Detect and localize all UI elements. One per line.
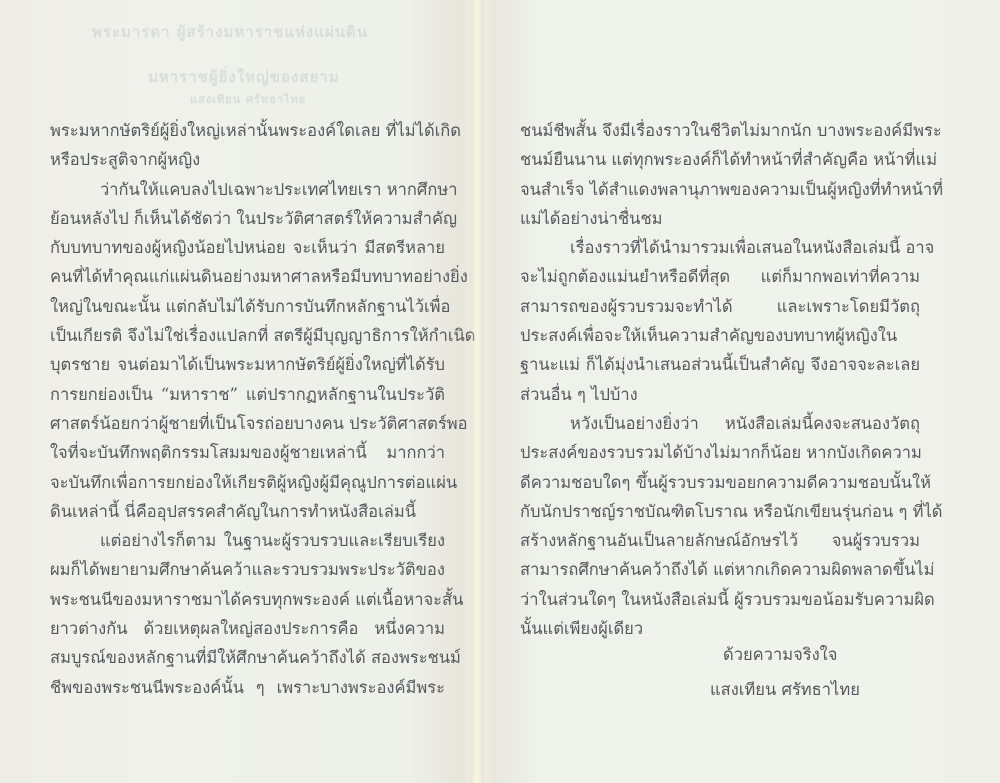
text-line: เรื่องราวที่ได้นำมารวมเพื่อเสนอในหนังสือ… [520,233,920,262]
text-line: ชีพของพระชนนีพระองค์นั้น ๆ เพราะบางพระอง… [50,673,445,702]
text-line: ใหญ่ในขณะนั้น แต่กลับไม่ได้รับการบันทึกห… [50,292,445,321]
text-line: พระชนนีของมหาราชมาได้ครบทุกพระองค์ แต่เน… [50,585,445,614]
text-line: ส่วนอื่น ๆ ไปบ้าง [520,380,920,409]
text-line: ผมก็ได้พยายามศึกษาค้นคว้าและรวบรวมพระประ… [50,555,445,584]
right-page: ชนม์ชีพสั้น จึงมีเรื่องราวในชีวิตไม่มากน… [478,0,1000,783]
text-line: กับนักปราชญ์ราชบัณฑิตโบราณ หรือนักเขียนร… [520,497,920,526]
text-line: หรือประสูติจากผู้หญิง [50,145,445,174]
text-line: จะไม่ถูกต้องแม่นยำหรือดีที่สุด แต่ก็มากพ… [520,262,920,291]
text-line: ว่าในส่วนใดๆ ในหนังสือเล่มนี้ ผู้รวบรวมข… [520,585,920,614]
closing-line: ด้วยความจริงใจ [723,642,837,668]
left-page-body: พระมหากษัตริย์ผู้ยิ่งใหญ่เหล่านั้นพระองค… [50,116,445,702]
text-line: ฐานะแม่ ก็ได้มุ่งนำเสนอส่วนนี้เป็นสำคัญ … [520,350,920,379]
text-line: นั้นแต่เพียงผู้เดียว [520,614,920,643]
right-page-body: ชนม์ชีพสั้น จึงมีเรื่องราวในชีวิตไม่มากน… [520,116,920,643]
text-line: ดินเหล่านี้ นี่คืออุปสรรคสำคัญในการทำหนั… [50,497,445,526]
left-page: พระมารดา ผู้สร้างมหาราชแห่งแผ่นดิน มหารา… [0,0,478,783]
text-line: ประสงค์ของรวบรวมได้บ้างไม่มากก็น้อย หากบ… [520,438,920,467]
text-line: ย้อนหลังไป ก็เห็นได้ชัดว่า ในประวัติศาสต… [50,204,445,233]
text-line: สมบูรณ์ของหลักฐานที่มีให้ศึกษาค้นคว้าถึง… [50,643,445,672]
show-through-author: แสงเทียน ศรัทธาไทย [190,90,306,108]
author-signature: แสงเทียน ศรัทธาไทย [710,677,860,703]
text-line: ดีความชอบใดๆ ขึ้นผู้รวบรวมขอยกความดีความ… [520,468,920,497]
text-line: แต่อย่างไรก็ตาม ในฐานะผู้รวบรวบและเรียบเ… [50,526,445,555]
text-line: จนสำเร็จ ได้สำแดงพลานุภาพของความเป็นผู้ห… [520,175,920,204]
text-line: จะบันทึกเพื่อการยกย่องให้เกียรติผู้หญิงผ… [50,468,445,497]
show-through-title-1: พระมารดา ผู้สร้างมหาราชแห่งแผ่นดิน [92,20,368,44]
text-line: พระมหากษัตริย์ผู้ยิ่งใหญ่เหล่านั้นพระองค… [50,116,445,145]
text-line: สร้างหลักฐานอันเป็นลายลักษณ์อักษรไว้ จนผ… [520,526,920,555]
text-line: แม่ได้อย่างน่าชื่นชม [520,204,920,233]
text-line: หวังเป็นอย่างยิ่งว่า หนังสือเล่มนี้คงจะส… [520,409,920,438]
text-line: เป็นเกียรติ จึงไม่ใช่เรื่องแปลกที่ สตรีผ… [50,321,445,350]
text-line: ยาวต่างกัน ด้วยเหตุผลใหญ่สองประการคือ หน… [50,614,445,643]
book-spread: พระมารดา ผู้สร้างมหาราชแห่งแผ่นดิน มหารา… [0,0,1000,783]
text-line: สามารถของผู้รวบรวมจะทำได้ และเพราะโดยมีว… [520,292,920,321]
text-line: กับบทบาทของผู้หญิงน้อยไปหน่อย จะเห็นว่า … [50,233,445,262]
text-line: ศาสตร์น้อยกว่าผู้ชายที่เป็นโจรถ่อยบางคน … [50,409,445,438]
text-line: ว่ากันให้แคบลงไปเฉพาะประเทศไทยเรา หากศึก… [50,175,445,204]
text-line: คนที่ได้ทำคุณแก่แผ่นดินอย่างมหาศาลหรือมี… [50,262,445,291]
text-line: ชนม์ยืนนาน แต่ทุกพระองค์ก็ได้ทำหน้าที่สำ… [520,145,920,174]
text-line: บุตรชาย จนต่อมาได้เป็นพระมหากษัตริย์ผู้ย… [50,350,445,379]
text-line: สามารถศึกษาค้นคว้าถึงได้ แต่หากเกิดความผ… [520,555,920,584]
text-line: ใจที่จะบันทึกพฤติกรรมโสมมของผู้ชายเหล่าน… [50,438,445,467]
text-line: ชนม์ชีพสั้น จึงมีเรื่องราวในชีวิตไม่มากน… [520,116,920,145]
text-line: ประสงค์เพื่อจะให้เห็นความสำคัญของบทบาทผู… [520,321,920,350]
book-gutter [470,0,484,783]
text-line: การยกย่องเป็น “มหาราช” แต่ปรากฏหลักฐานใน… [50,380,445,409]
show-through-title-2: มหาราชผู้ยิ่งใหญ่ของสยาม [148,65,340,89]
